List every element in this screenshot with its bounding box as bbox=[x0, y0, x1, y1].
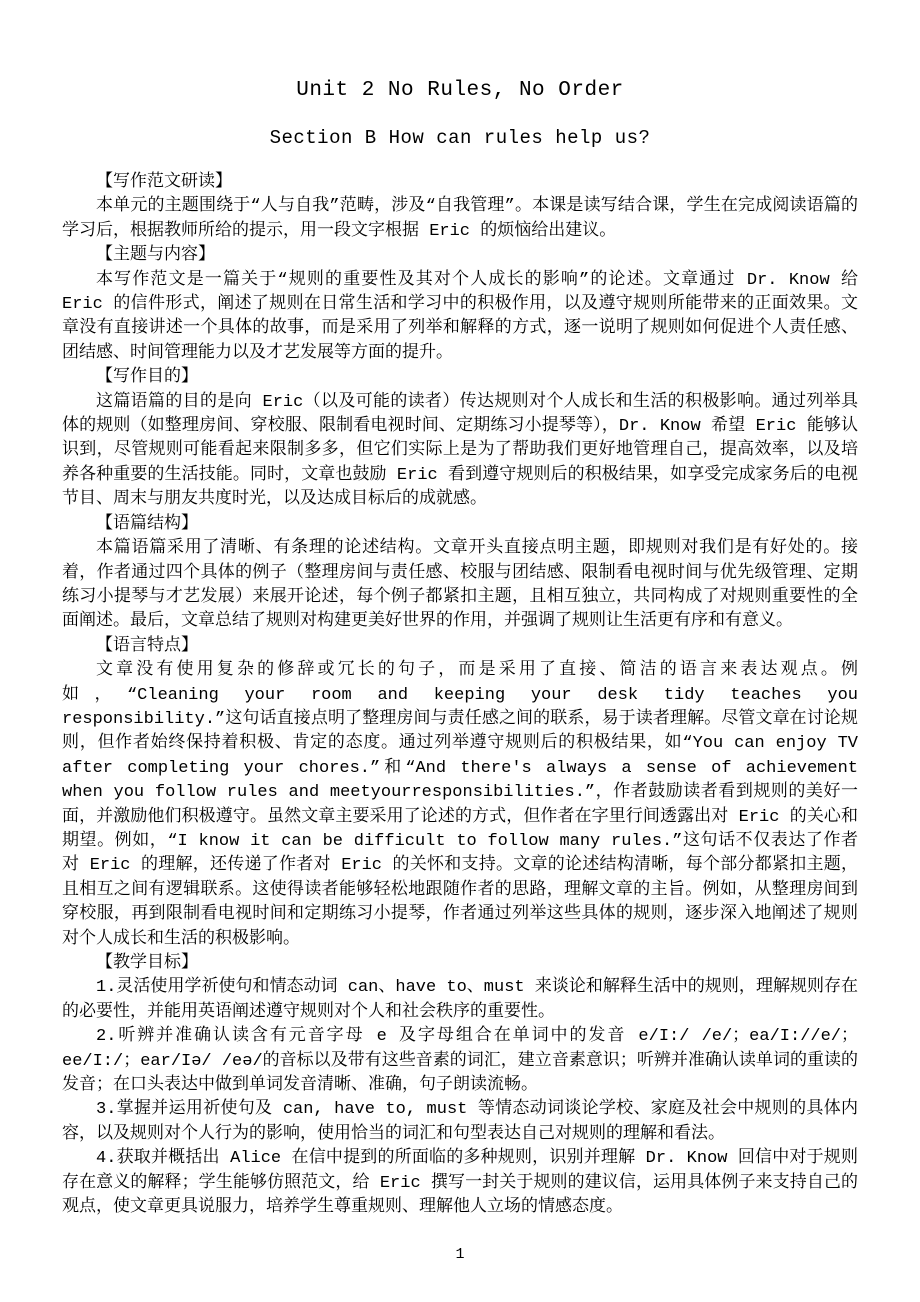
paragraph-language-features: 文章没有使用复杂的修辞或冗长的句子，而是采用了直接、简洁的语言来表达观点。例如，… bbox=[62, 659, 858, 952]
paragraph-theme-content: 本写作范文是一篇关于“规则的重要性及其对个人成长的影响”的论述。文章通过 Dr.… bbox=[62, 269, 858, 367]
paragraph-writing-purpose: 这篇语篇的目的是向 Eric（以及可能的读者）传达规则对个人成长和生活的积极影响… bbox=[62, 391, 858, 513]
document-body: 【写作范文研读】 本单元的主题围绕于“人与自我”范畴，涉及“自我管理”。本课是读… bbox=[62, 171, 858, 1220]
heading-theme-content: 【主题与内容】 bbox=[62, 244, 858, 268]
heading-language-features: 【语言特点】 bbox=[62, 635, 858, 659]
paragraph-text-structure: 本篇语篇采用了清晰、有条理的论述结构。文章开头直接点明主题，即规则对我们是有好处… bbox=[62, 537, 858, 635]
heading-teaching-objectives: 【教学目标】 bbox=[62, 952, 858, 976]
heading-writing-purpose: 【写作目的】 bbox=[62, 366, 858, 390]
paragraph-sample-analysis: 本单元的主题围绕于“人与自我”范畴，涉及“自我管理”。本课是读写结合课，学生在完… bbox=[62, 195, 858, 244]
unit-title: Unit 2 No Rules, No Order bbox=[62, 78, 858, 104]
teaching-objective-item-2: 2.听辨并准确认读含有元音字母 e 及字母组合在单词中的发音 e/I:/ /e/… bbox=[62, 1025, 858, 1098]
heading-sample-analysis: 【写作范文研读】 bbox=[62, 171, 858, 195]
section-subtitle: Section B How can rules help us? bbox=[62, 126, 858, 151]
heading-text-structure: 【语篇结构】 bbox=[62, 513, 858, 537]
document-page: Unit 2 No Rules, No Order Section B How … bbox=[0, 0, 920, 1302]
page-number: 1 bbox=[0, 1247, 920, 1263]
teaching-objective-item-4: 4.获取并概括出 Alice 在信中提到的所面临的多种规则，识别并理解 Dr. … bbox=[62, 1147, 858, 1220]
teaching-objective-item-3: 3.掌握并运用祈使句及 can, have to, must 等情态动词谈论学校… bbox=[62, 1098, 858, 1147]
teaching-objective-item-1: 1.灵活使用学祈使句和情态动词 can、have to、must 来谈论和解释生… bbox=[62, 976, 858, 1025]
